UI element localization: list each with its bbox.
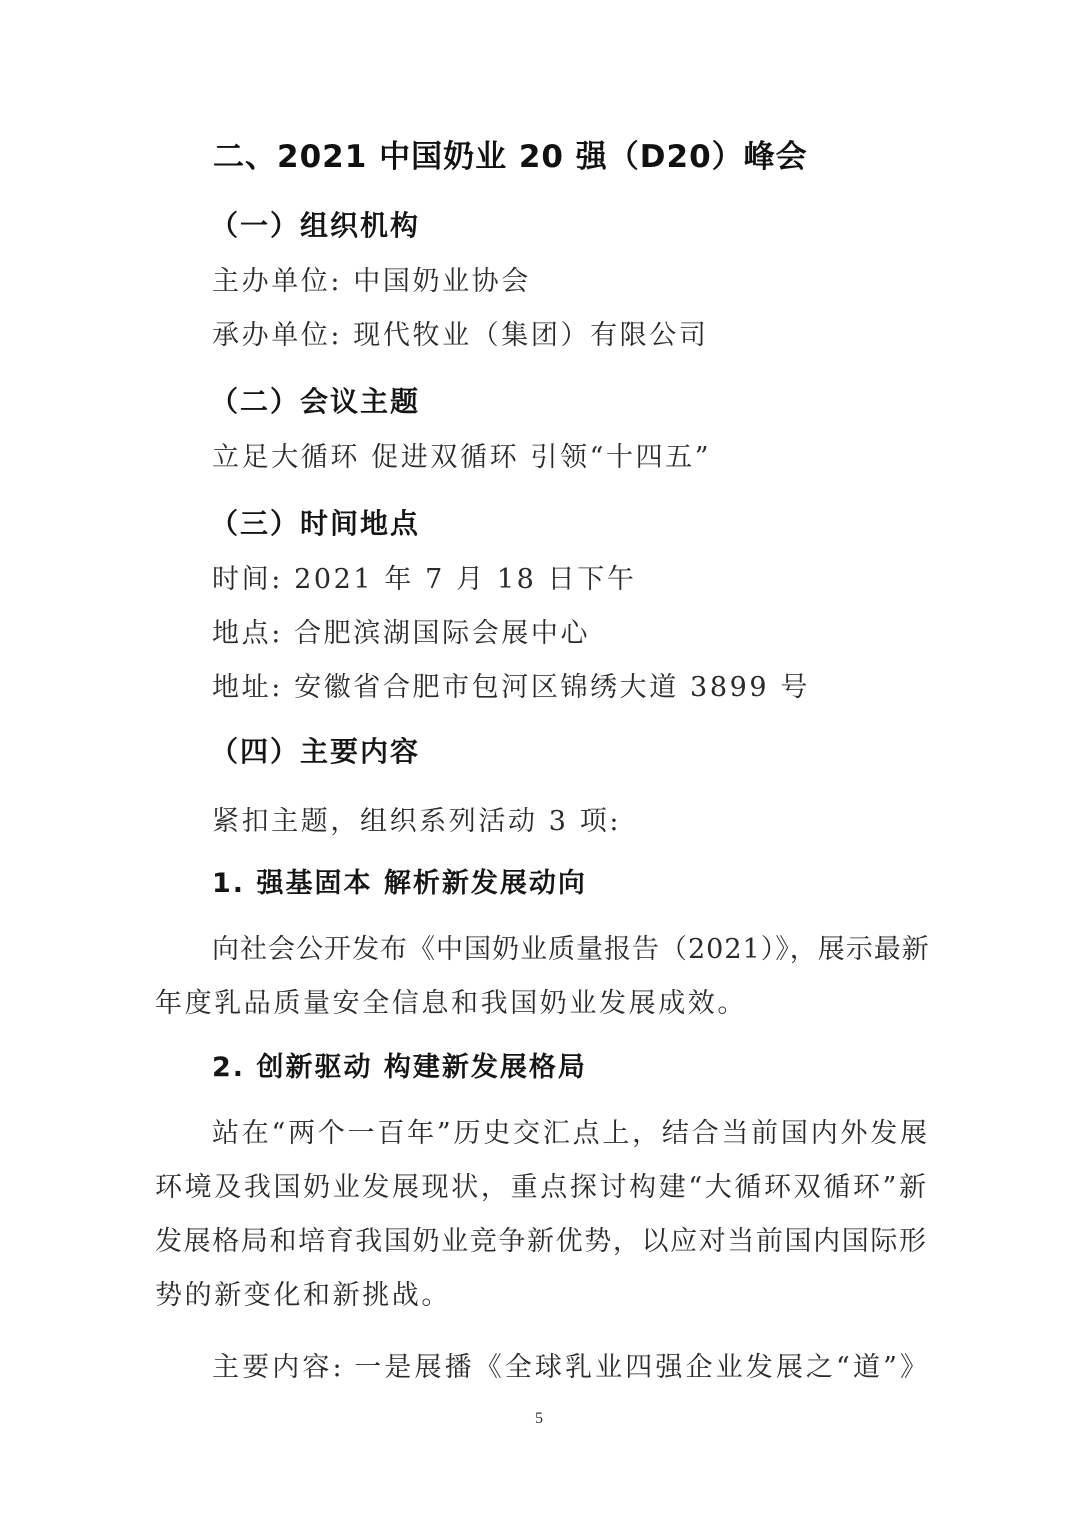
item1-paragraph-line: 年度乳品质量安全信息和我国奶业发展成效。 [155,990,747,1017]
event-address: 地址: 安徽省合肥市包河区锦绣大道 3899 号 [212,674,810,701]
host-unit: 主办单位: 中国奶业协会 [212,268,531,295]
event-venue: 地点: 合肥滨湖国际会展中心 [212,620,590,647]
item2-heading: 2. 创新驱动 构建新发展格局 [212,1054,587,1081]
theme-text: 立足大循环 促进双循环 引领“十四五” [212,444,711,471]
item2-paragraph-line: 势的新变化和新挑战。 [155,1282,451,1309]
item1-paragraph-line: 向社会公开发布《中国奶业质量报告（2021）》，展示最新 [212,936,928,963]
organizer-unit: 承办单位: 现代牧业（集团）有限公司 [212,322,708,349]
heading-main-content: （四）主要内容 [210,738,420,766]
item2-paragraph-line: 环境及我国奶业发展现状，重点探讨构建“大循环双循环”新 [155,1174,927,1201]
item2-paragraph-line: 站在“两个一百年”历史交汇点上，结合当前国内外发展 [212,1120,928,1147]
section-title: 二、2021 中国奶业 20 强（D20）峰会 [213,142,808,173]
item2-paragraph-line: 发展格局和培育我国奶业竞争新优势，以应对当前国内国际形 [155,1228,927,1255]
page-number: 5 [535,1410,543,1428]
heading-theme: （二）会议主题 [210,388,420,416]
heading-time-place: （三）时间地点 [210,510,420,538]
content-intro: 紧扣主题，组织系列活动 3 项: [212,808,621,835]
item1-heading: 1. 强基固本 解析新发展动向 [212,870,587,897]
heading-organization: （一）组织机构 [210,212,420,240]
event-time: 时间: 2021 年 7 月 18 日下午 [212,566,636,593]
main-content-line: 主要内容: 一是展播《全球乳业四强企业发展之“道”》 [212,1354,928,1381]
